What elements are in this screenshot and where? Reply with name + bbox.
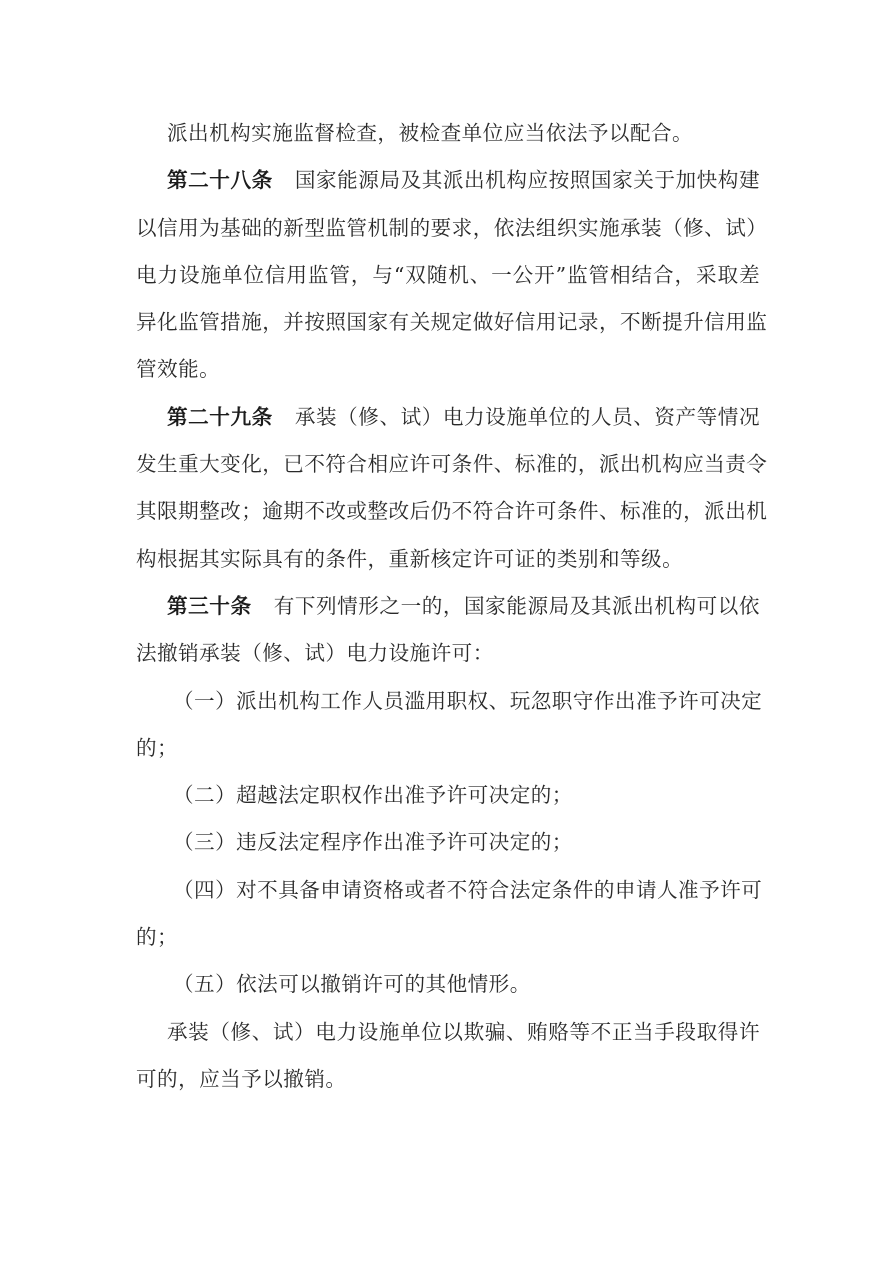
- line-text: 构根据其实际具有的条件，重新核定许可证的类别和等级。: [136, 547, 683, 571]
- list-item-5: （五）依法可以撤销许可的其他情形。: [136, 966, 760, 1013]
- paragraph-line: 构根据其实际具有的条件，重新核定许可证的类别和等级。: [136, 541, 760, 588]
- paragraph-line: 异化监管措施，并按照国家有关规定做好信用记录，不断提升信用监: [136, 304, 760, 351]
- article-number: 第二十八条: [167, 168, 273, 192]
- line-text: 承装（修、试）电力设施单位以欺骗、贿赂等不正当手段取得许: [167, 1020, 760, 1044]
- paragraph-line: 以信用为基础的新型监管机制的要求，依法组织实施承装（修、试）: [136, 210, 760, 257]
- article-29-heading-line: 第二十九条承装（修、试）电力设施单位的人员、资产等情况: [136, 399, 760, 446]
- article-number: 第三十条: [167, 594, 252, 618]
- line-text: （四）对不具备申请资格或者不符合法定条件的申请人准予许可: [173, 878, 762, 902]
- line-text: 法撤销承装（修、试）电力设施许可：: [136, 641, 494, 665]
- paragraph-line: 管效能。: [136, 351, 760, 398]
- line-text: 国家能源局及其派出机构应按照国家关于加快构建: [295, 168, 760, 192]
- line-text: 异化监管措施，并按照国家有关规定做好信用记录，不断提升信用监: [136, 310, 767, 334]
- paragraph-line: 承装（修、试）电力设施单位以欺骗、贿赂等不正当手段取得许: [136, 1014, 760, 1061]
- line-text: 以信用为基础的新型监管机制的要求，依法组织实施承装（修、试）: [136, 216, 767, 240]
- line-text: 电力设施单位信用监管，与“双随机、一公开”监管相结合，采取差: [136, 263, 760, 287]
- line-text: 管效能。: [136, 357, 220, 381]
- list-item-4: （四）对不具备申请资格或者不符合法定条件的申请人准予许可: [136, 872, 760, 919]
- line-text: 有下列情形之一的，国家能源局及其派出机构可以依: [274, 594, 760, 618]
- line-text: 的；: [136, 736, 178, 760]
- line-text: 发生重大变化，已不符合相应许可条件、标准的，派出机构应当责令: [136, 452, 767, 476]
- paragraph-line: 发生重大变化，已不符合相应许可条件、标准的，派出机构应当责令: [136, 446, 760, 493]
- article-number: 第二十九条: [167, 405, 273, 429]
- line-text: （五）依法可以撤销许可的其他情形。: [173, 972, 531, 996]
- list-item-2: （二）超越法定职权作出准予许可决定的；: [136, 777, 760, 824]
- paragraph-line: 派出机构实施监督检查，被检查单位应当依法予以配合。: [136, 115, 760, 162]
- line-text: 的；: [136, 925, 178, 949]
- paragraph-line: 可的，应当予以撤销。: [136, 1061, 760, 1108]
- line-text: 派出机构实施监督检查，被检查单位应当依法予以配合。: [167, 121, 693, 145]
- article-28-heading-line: 第二十八条国家能源局及其派出机构应按照国家关于加快构建: [136, 162, 760, 209]
- list-item-4-continuation: 的；: [136, 919, 760, 966]
- line-text: （一）派出机构工作人员滥用职权、玩忽职守作出准予许可决定: [173, 689, 762, 713]
- paragraph-line: 法撤销承装（修、试）电力设施许可：: [136, 635, 760, 682]
- list-item-3: （三）违反法定程序作出准予许可决定的；: [136, 824, 760, 871]
- list-item-1: （一）派出机构工作人员滥用职权、玩忽职守作出准予许可决定: [136, 683, 760, 730]
- article-30-heading-line: 第三十条有下列情形之一的，国家能源局及其派出机构可以依: [136, 588, 760, 635]
- list-item-1-continuation: 的；: [136, 730, 760, 777]
- line-text: （二）超越法定职权作出准予许可决定的；: [173, 783, 573, 807]
- paragraph-line: 电力设施单位信用监管，与“双随机、一公开”监管相结合，采取差: [136, 257, 760, 304]
- line-text: 承装（修、试）电力设施单位的人员、资产等情况: [295, 405, 760, 429]
- line-text: 可的，应当予以撤销。: [136, 1067, 346, 1091]
- paragraph-line: 其限期整改；逾期不改或整改后仍不符合许可条件、标准的，派出机: [136, 493, 760, 540]
- line-text: （三）违反法定程序作出准予许可决定的；: [173, 830, 573, 854]
- document-page: 派出机构实施监督检查，被检查单位应当依法予以配合。 第二十八条国家能源局及其派出…: [136, 115, 760, 1108]
- line-text: 其限期整改；逾期不改或整改后仍不符合许可条件、标准的，派出机: [136, 499, 767, 523]
